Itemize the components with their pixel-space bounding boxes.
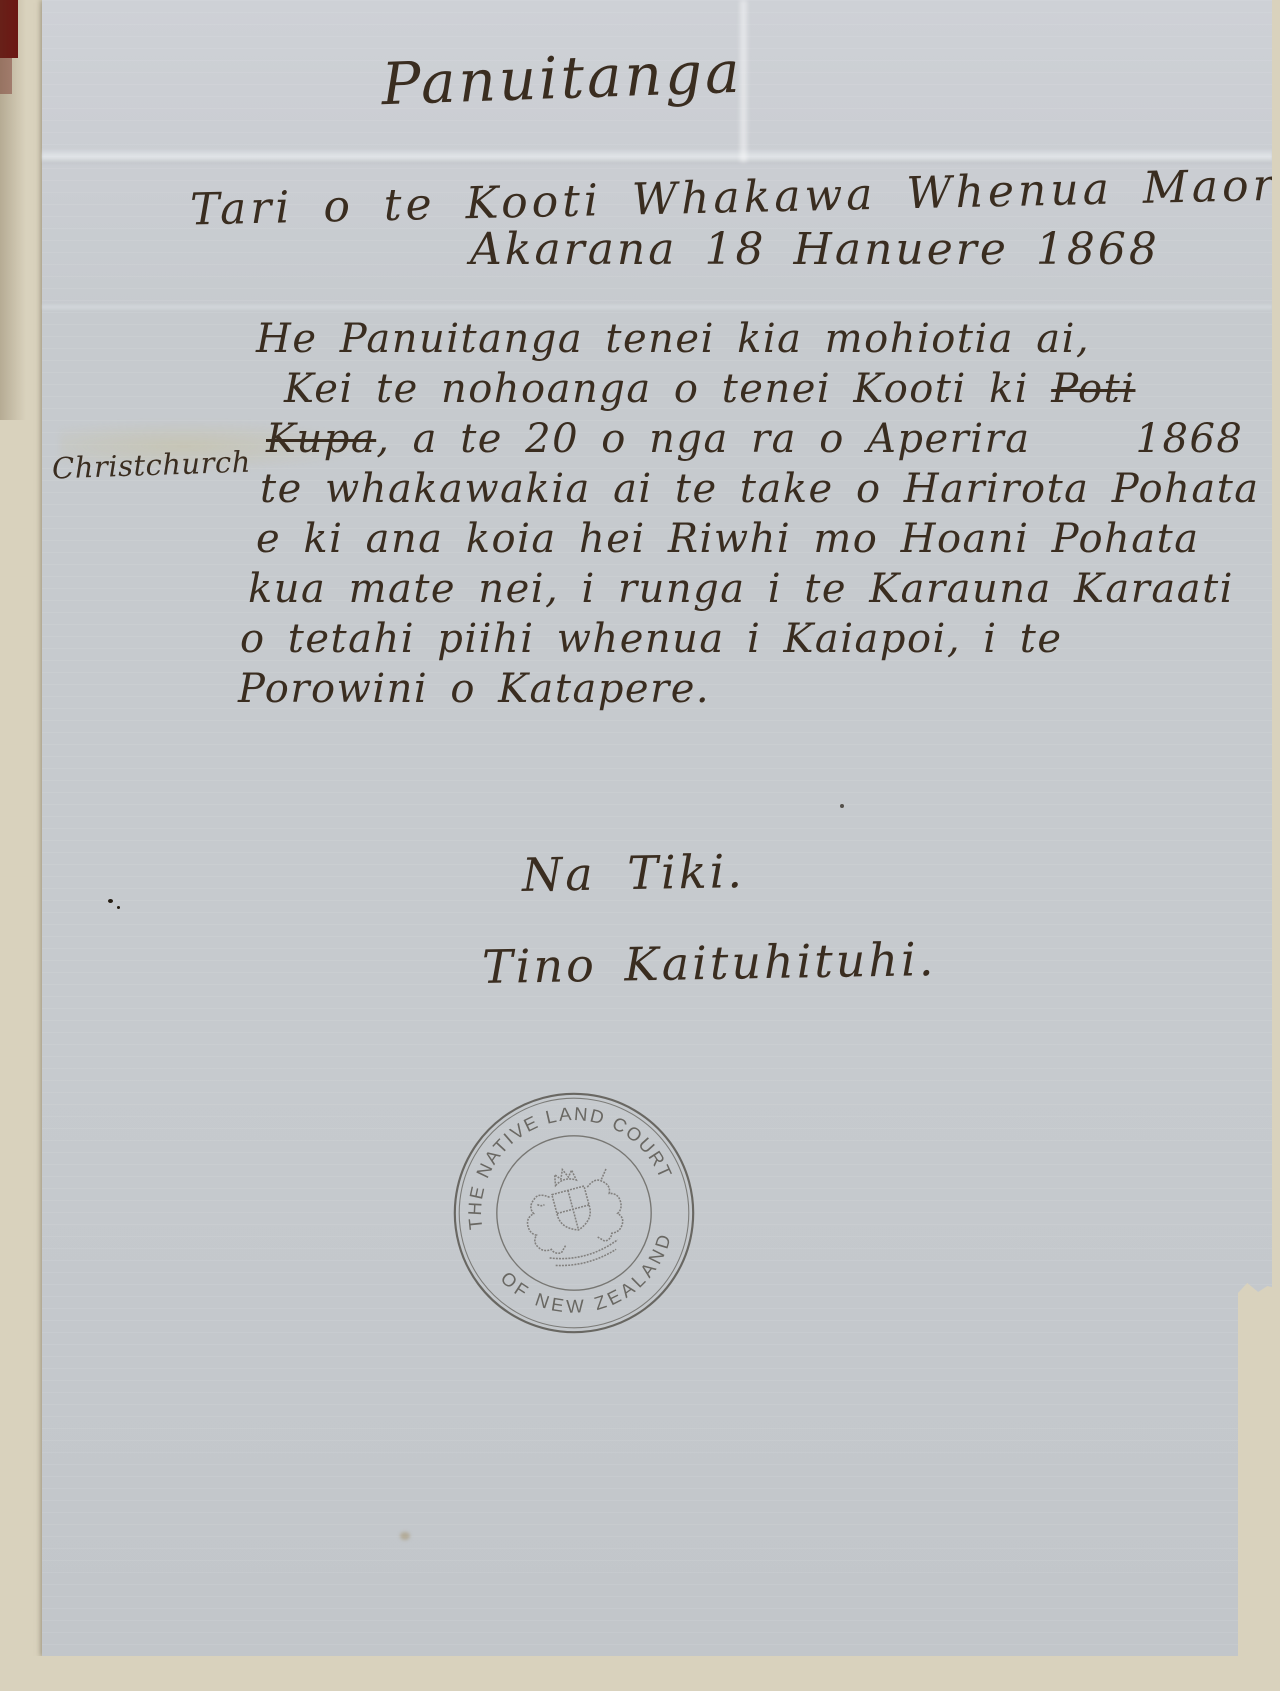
body-line-text: Kei te nohoanga o tenei Kooti ki	[284, 366, 1051, 412]
body-line: Kupa, a te 20 o nga ra o Aperira1868	[266, 416, 1260, 466]
document-title: Panuitanga	[341, 36, 783, 119]
body-line-text: Porowini o Katapere.	[238, 666, 710, 712]
royal-coat-of-arms-icon	[516, 1157, 633, 1274]
ink-speck	[117, 906, 120, 909]
paper-sheet: Panuitanga Tari o te Kooti Whakawa Whenu…	[42, 0, 1272, 1656]
paper-stain	[400, 1532, 410, 1540]
body-line-text: , a te 20 o nga ra o Aperira	[376, 416, 1030, 462]
signature-name: Na Tiki.	[522, 844, 746, 902]
notice-body: He Panuitanga tenei kia mohiotia ai, Kei…	[238, 316, 1260, 716]
body-line: kua mate nei, i runga i te Karauna Karaa…	[248, 566, 1260, 616]
struck-word: Poti	[1051, 366, 1135, 412]
place-date-line: Akarana 18 Hanuere 1868	[470, 224, 1160, 275]
body-line-text: e ki ana koia hei Riwhi mo Hoani Pohata	[256, 516, 1200, 562]
ink-speck	[840, 804, 844, 808]
struck-word: Kupa	[266, 416, 376, 462]
body-line: Kei te nohoanga o tenei Kooti ki Poti	[284, 366, 1260, 416]
body-line: o tetahi piihi whenua i Kaiapoi, i te	[240, 616, 1260, 666]
body-line: Porowini o Katapere.	[238, 666, 1260, 716]
margin-note: Christchurch	[51, 445, 251, 486]
left-edge-shadow	[0, 0, 26, 420]
year-value: 1868	[1136, 416, 1244, 462]
signature-role: Tino Kaituhituhi.	[482, 932, 937, 994]
ink-speck	[108, 899, 113, 903]
body-line-text: He Panuitanga tenei kia mohiotia ai,	[256, 316, 1090, 362]
fold-crease-horizontal	[42, 148, 1272, 164]
scan-margin-right	[1272, 0, 1280, 1691]
fold-crease-horizontal	[42, 303, 1272, 311]
body-line: e ki ana koia hei Riwhi mo Hoani Pohata	[256, 516, 1260, 566]
body-line-text: o tetahi piihi whenua i Kaiapoi, i te	[240, 616, 1063, 662]
body-line-text: kua mate nei, i runga i te Karauna Karaa…	[248, 566, 1234, 612]
document-scan: Panuitanga Tari o te Kooti Whakawa Whenu…	[0, 0, 1280, 1691]
court-stamp: • THE NATIVE LAND COURT • OF NEW ZEALAND	[447, 1086, 701, 1340]
stamp-arc-top-text: • THE NATIVE LAND COURT •	[447, 1086, 680, 1246]
body-line: te whakawakia ai te take o Harirota Poha…	[260, 466, 1260, 516]
scan-margin-bottom	[0, 1656, 1280, 1691]
stamp-arc-top-label: • THE NATIVE LAND COURT •	[447, 1086, 680, 1246]
body-line-text: te whakawakia ai te take o Harirota Poha…	[260, 466, 1260, 512]
body-line: He Panuitanga tenei kia mohiotia ai,	[256, 316, 1260, 366]
